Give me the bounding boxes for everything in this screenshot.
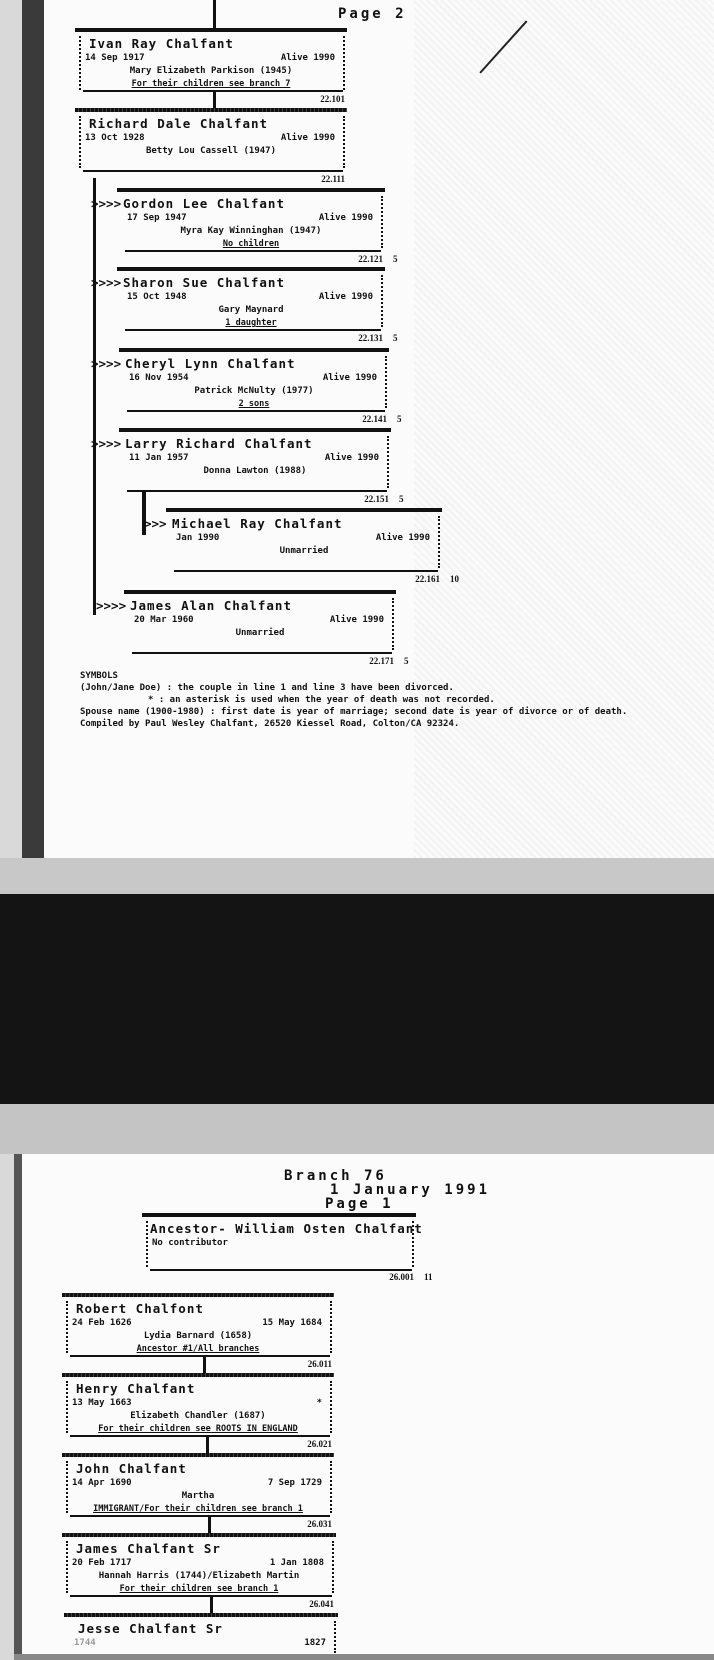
- entry-spouse: Patrick McNulty (1977): [119, 386, 389, 396]
- entry-generation: 5: [393, 254, 398, 264]
- entry-note: For their children see branch 7: [75, 79, 347, 89]
- child-arrow-prefix: >>>>: [91, 436, 121, 451]
- tree-connector: [203, 1355, 206, 1375]
- entry-spouse: Unmarried: [166, 546, 442, 556]
- child-arrow-prefix: >>>>: [91, 275, 121, 290]
- legend-line: Spouse name (1900-1980) : first date is …: [80, 706, 627, 718]
- entry-spouse: Hannah Harris (1744)/Elizabeth Martin: [62, 1571, 336, 1581]
- entry-birth: 17 Sep 1947: [127, 213, 187, 223]
- entry-ancestor: Ancestor- William Osten Chalfant No cont…: [142, 1213, 416, 1285]
- entry-birth: 1744: [74, 1638, 96, 1648]
- entry-death: 1 Jan 1808: [270, 1558, 324, 1568]
- entry-code: 22.121: [358, 254, 383, 264]
- entry-note: No contributor: [152, 1238, 228, 1248]
- entry-name: Henry Chalfant: [76, 1381, 195, 1396]
- entry-robert: Robert Chalfont 24 Feb 1626 15 May 1684 …: [62, 1293, 334, 1371]
- entry-name: Cheryl Lynn Chalfant: [125, 356, 296, 371]
- entry-spouse: Myra Kay Winninghan (1947): [117, 226, 385, 236]
- child-arrow-prefix: >>>>: [91, 196, 121, 211]
- entry-status: Alive 1990: [319, 292, 373, 302]
- scan-gap: [0, 858, 714, 894]
- entry-john: John Chalfant 14 Apr 1690 7 Sep 1729 Mar…: [62, 1453, 334, 1531]
- symbols-legend: SYMBOLS (John/Jane Doe) : the couple in …: [80, 670, 627, 730]
- entry-spouse: Betty Lou Cassell (1947): [75, 146, 347, 156]
- tree-connector: [206, 1435, 209, 1455]
- entry-note: IMMIGRANT/For their children see branch …: [62, 1504, 334, 1514]
- entry-birth: 13 May 1663: [72, 1398, 132, 1408]
- entry-code: 22.171: [369, 656, 394, 666]
- entry-name: Ivan Ray Chalfant: [89, 36, 234, 51]
- entry-code: 26.031: [307, 1519, 332, 1529]
- legend-title: SYMBOLS: [80, 670, 627, 682]
- entry-status: Alive 1990: [319, 213, 373, 223]
- entry-note: Ancestor #1/All branches: [62, 1344, 334, 1354]
- entry-birth: 11 Jan 1957: [129, 453, 189, 463]
- entry-spouse: Unmarried: [124, 628, 396, 638]
- entry-name: Gordon Lee Chalfant: [123, 196, 285, 211]
- entry-jesse: Jesse Chalfant Sr 1744 1827: [64, 1613, 338, 1653]
- entry-code: 26.021: [307, 1439, 332, 1449]
- entry-generation: 10: [450, 574, 459, 584]
- entry-code: 22.131: [358, 333, 383, 343]
- entry-sharon: >>>> Sharon Sue Chalfant 15 Oct 1948 Ali…: [117, 267, 385, 345]
- entry-birth: 14 Apr 1690: [72, 1478, 132, 1488]
- entry-death: 15 May 1684: [262, 1318, 322, 1328]
- entry-name: James Chalfant Sr: [76, 1541, 221, 1556]
- child-arrow-prefix: >>>: [144, 516, 167, 531]
- entry-name: Larry Richard Chalfant: [125, 436, 313, 451]
- entry-birth: 13 Oct 1928: [85, 133, 145, 143]
- entry-henry: Henry Chalfant 13 May 1663 * Elizabeth C…: [62, 1373, 334, 1451]
- entry-spouse: Martha: [62, 1491, 334, 1501]
- entry-birth: 14 Sep 1917: [85, 53, 145, 63]
- entry-status: Alive 1990: [330, 615, 384, 625]
- entry-name: James Alan Chalfant: [130, 598, 292, 613]
- entry-note: 1 daughter: [117, 318, 385, 328]
- entry-spouse: Lydia Barnard (1658): [62, 1331, 334, 1341]
- entry-generation: 5: [393, 333, 398, 343]
- entry-james-alan: >>>> James Alan Chalfant 20 Mar 1960 Ali…: [124, 590, 396, 668]
- entry-code: 22.161: [415, 574, 440, 584]
- entry-note: For their children see branch 1: [62, 1584, 336, 1594]
- tree-connector: [208, 1515, 211, 1535]
- entry-larry: >>>> Larry Richard Chalfant 11 Jan 1957 …: [119, 428, 391, 506]
- entry-name: John Chalfant: [76, 1461, 187, 1476]
- entry-spouse: Gary Maynard: [117, 305, 385, 315]
- entry-code: 26.011: [308, 1359, 332, 1369]
- child-arrow-prefix: >>>>: [91, 356, 121, 371]
- entry-code: 26.001: [389, 1272, 414, 1282]
- entry-death: 7 Sep 1729: [268, 1478, 322, 1488]
- entry-code: 22.141: [362, 414, 387, 424]
- entry-death: 1827: [304, 1638, 326, 1648]
- legend-line: (John/Jane Doe) : the couple in line 1 a…: [80, 682, 627, 694]
- entry-generation: 5: [404, 656, 409, 666]
- child-arrow-prefix: >>>>: [96, 598, 126, 613]
- tree-connector: [93, 178, 96, 615]
- entry-code: 22.151: [364, 494, 389, 504]
- entry-richard: Richard Dale Chalfant 13 Oct 1928 Alive …: [75, 108, 347, 186]
- entry-code: 26.041: [309, 1599, 334, 1609]
- entry-spouse: Elizabeth Chandler (1687): [62, 1411, 334, 1421]
- entry-birth: Jan 1990: [176, 533, 219, 543]
- entry-status: Alive 1990: [376, 533, 430, 543]
- entry-name: Sharon Sue Chalfant: [123, 275, 285, 290]
- entry-code: 22.101: [320, 94, 345, 104]
- entry-note: For their children see ROOTS IN ENGLAND: [62, 1424, 334, 1434]
- tree-connector: [210, 1595, 213, 1615]
- entry-birth: 15 Oct 1948: [127, 292, 187, 302]
- entry-note: 2 sons: [119, 399, 389, 409]
- entry-spouse: Mary Elizabeth Parkison (1945): [75, 66, 347, 76]
- entry-generation: 5: [397, 414, 402, 424]
- entry-status: Alive 1990: [323, 373, 377, 383]
- entry-generation: 11: [424, 1272, 433, 1282]
- entry-birth: 16 Nov 1954: [129, 373, 189, 383]
- scan-gap: [0, 1104, 714, 1154]
- scan-dark-band: [0, 894, 714, 1104]
- tree-connector: [213, 0, 216, 30]
- entry-name: Jesse Chalfant Sr: [78, 1621, 223, 1636]
- entry-name: Robert Chalfont: [76, 1301, 204, 1316]
- page-label: Page 2: [338, 6, 407, 22]
- entry-status: Alive 1990: [325, 453, 379, 463]
- entry-michael: >>> Michael Ray Chalfant Jan 1990 Alive …: [166, 508, 442, 586]
- entry-cheryl: >>>> Cheryl Lynn Chalfant 16 Nov 1954 Al…: [119, 348, 389, 426]
- entry-birth: 20 Mar 1960: [134, 615, 194, 625]
- entry-spouse: Donna Lawton (1988): [119, 466, 391, 476]
- entry-ivan: Ivan Ray Chalfant 14 Sep 1917 Alive 1990…: [75, 28, 347, 108]
- entry-status: Alive 1990: [281, 133, 335, 143]
- entry-birth: 24 Feb 1626: [72, 1318, 132, 1328]
- entry-generation: 5: [399, 494, 404, 504]
- legend-line: Compiled by Paul Wesley Chalfant, 26520 …: [80, 718, 627, 730]
- entry-gordon: >>>> Gordon Lee Chalfant 17 Sep 1947 Ali…: [117, 188, 385, 266]
- entry-death: *: [317, 1398, 322, 1408]
- entry-code: 22.111: [321, 174, 345, 184]
- entry-name: Ancestor- William Osten Chalfant: [150, 1221, 423, 1236]
- page-label: Page 1: [325, 1196, 394, 1212]
- entry-birth: 20 Feb 1717: [72, 1558, 132, 1568]
- entry-name: Richard Dale Chalfant: [89, 116, 268, 131]
- entry-james-sr: James Chalfant Sr 20 Feb 1717 1 Jan 1808…: [62, 1533, 336, 1611]
- entry-note: No children: [117, 239, 385, 249]
- legend-line: * : an asterisk is used when the year of…: [80, 694, 627, 706]
- entry-status: Alive 1990: [281, 53, 335, 63]
- entry-name: Michael Ray Chalfant: [172, 516, 343, 531]
